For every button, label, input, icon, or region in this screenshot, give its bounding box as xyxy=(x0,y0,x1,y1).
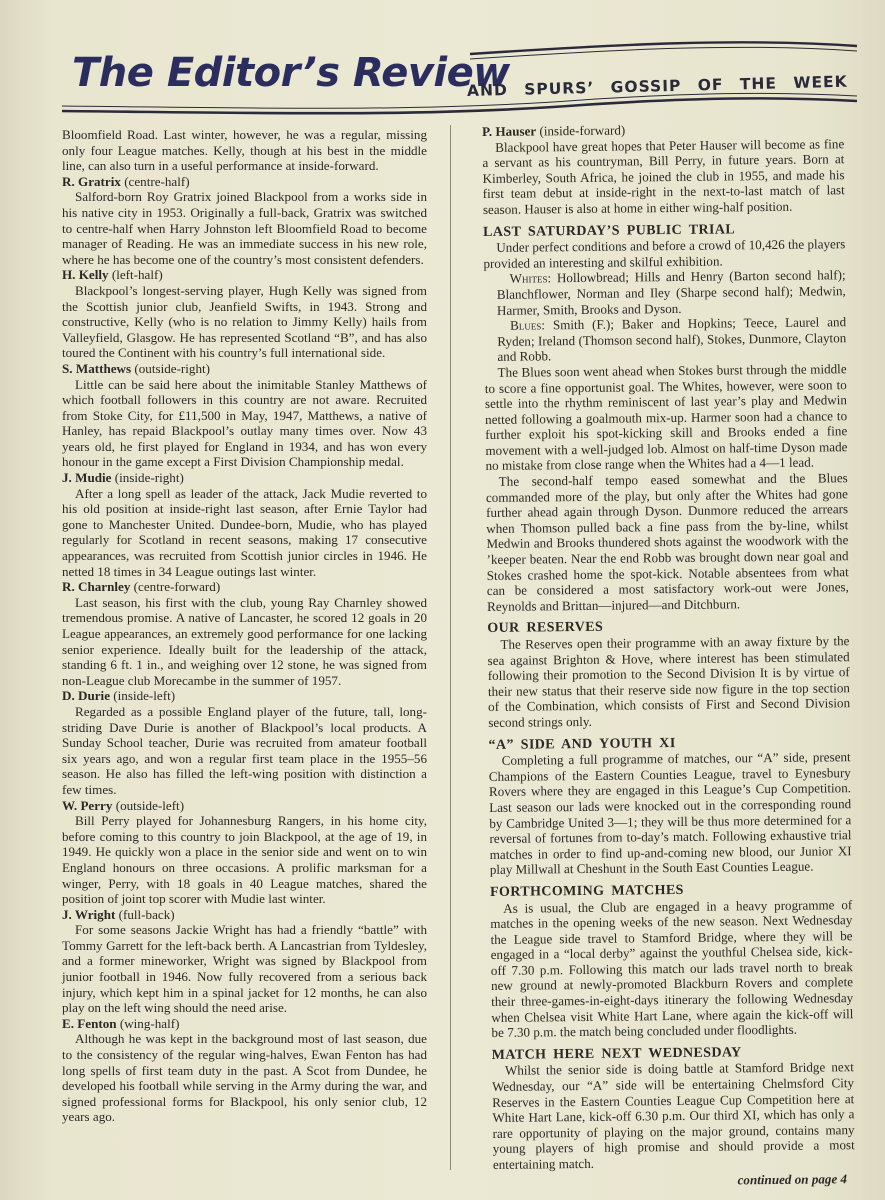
player-profile: W. Perry (outside-left) Bill Perry playe… xyxy=(62,798,427,907)
player-bio: Blackpool have great hopes that Peter Ha… xyxy=(482,136,845,218)
player-bio: Regarded as a possible England player of… xyxy=(62,704,427,798)
player-profile: H. Kelly (left-half) Blackpool’s longest… xyxy=(62,267,427,361)
continued-note: continued on page 4 xyxy=(493,1171,847,1190)
section-text: Completing a full programme of matches, … xyxy=(489,749,852,878)
blues-lineup: Blues: Smith (F.); Baker and Hopkins; Te… xyxy=(484,314,846,365)
trial-report-paragraph: The Blues soon went ahead when Stokes bu… xyxy=(485,361,848,474)
kelly-continuation: Bloomfield Road. Last winter, however, h… xyxy=(62,127,427,174)
trial-intro: Under perfect conditions and before a cr… xyxy=(483,236,845,271)
player-bio: Little can be said here about the inimit… xyxy=(62,377,427,471)
player-profile: S. Matthews (outside-right) Little can b… xyxy=(62,361,427,470)
section-reserves: OUR RESERVES The Reserves open their pro… xyxy=(487,618,850,731)
player-profile-hauser: P. Hauser (inside-forward) Blackpool hav… xyxy=(482,120,845,217)
section-match-here: MATCH HERE NEXT WEDNESDAY Whilst the sen… xyxy=(492,1044,855,1173)
player-bio: Salford-born Roy Gratrix joined Blackpoo… xyxy=(62,189,427,267)
player-position: (full-back) xyxy=(119,907,175,922)
whites-lineup: Whites: Hollowbread; Hills and Henry (Ba… xyxy=(484,268,846,319)
player-name: D. Durie xyxy=(62,688,110,703)
player-name: E. Fenton xyxy=(62,1016,117,1031)
player-profile: D. Durie (inside-left) Regarded as a pos… xyxy=(62,688,427,797)
player-name: R. Charnley xyxy=(62,579,130,594)
player-position: (wing-half) xyxy=(120,1016,180,1031)
player-name: R. Gratrix xyxy=(62,174,121,189)
section-a-side: “A” SIDE AND YOUTH XI Completing a full … xyxy=(488,734,851,878)
section-public-trial: LAST SATURDAY’S PUBLIC TRIAL Under perfe… xyxy=(483,221,849,615)
right-column: P. Hauser (inside-forward) Blackpool hav… xyxy=(482,120,855,1190)
player-bio: Although he was kept in the background m… xyxy=(62,1031,427,1125)
player-name: J. Mudie xyxy=(62,470,111,485)
section-forthcoming-matches: FORTHCOMING MATCHES As is usual, the Clu… xyxy=(490,881,854,1041)
player-position: (outside-left) xyxy=(116,798,184,813)
player-position: (inside-right) xyxy=(115,470,184,485)
section-text: The Reserves open their programme with a… xyxy=(487,633,850,730)
player-name: P. Hauser xyxy=(482,123,536,139)
team-label: Blues: xyxy=(510,317,545,332)
player-profile: E. Fenton (wing-half) Although he was ke… xyxy=(62,1016,427,1125)
player-name: J. Wright xyxy=(62,907,115,922)
player-position: (centre-half) xyxy=(124,174,189,189)
column-divider xyxy=(450,125,451,1170)
left-column: Bloomfield Road. Last winter, however, h… xyxy=(62,127,427,1125)
section-text: Whilst the senior side is doing battle a… xyxy=(492,1060,855,1173)
trial-report-paragraph: The second-half tempo eased somewhat and… xyxy=(486,470,849,614)
player-position: (outside-right) xyxy=(134,361,210,376)
player-bio: After a long spell as leader of the atta… xyxy=(62,486,427,580)
section-text: As is usual, the Club are engaged in a h… xyxy=(490,897,853,1041)
player-bio: For some seasons Jackie Wright has had a… xyxy=(62,922,427,1016)
player-name: W. Perry xyxy=(62,798,112,813)
masthead: The Editor’s Review AND SPURS’ GOSSIP OF… xyxy=(62,40,872,120)
team-label: Whites: xyxy=(510,271,552,286)
masthead-title: The Editor’s Review xyxy=(72,50,510,96)
player-position: (inside-left) xyxy=(113,688,175,703)
player-profile: R. Charnley (centre-forward) Last season… xyxy=(62,579,427,688)
programme-page: The Editor’s Review AND SPURS’ GOSSIP OF… xyxy=(0,0,885,1200)
player-bio: Blackpool’s longest-serving player, Hugh… xyxy=(62,283,427,361)
player-profile: R. Gratrix (centre-half) Salford-born Ro… xyxy=(62,174,427,268)
player-profile: J. Mudie (inside-right) After a long spe… xyxy=(62,470,427,579)
player-profile: J. Wright (full-back) For some seasons J… xyxy=(62,907,427,1016)
player-bio: Bill Perry played for Johannesburg Range… xyxy=(62,813,427,907)
player-bio: Last season, his first with the club, yo… xyxy=(62,595,427,689)
player-position: (centre-forward) xyxy=(134,579,221,594)
player-position: (left-half) xyxy=(112,267,163,282)
player-position: (inside-forward) xyxy=(539,123,625,139)
player-name: H. Kelly xyxy=(62,267,109,282)
player-name: S. Matthews xyxy=(62,361,131,376)
